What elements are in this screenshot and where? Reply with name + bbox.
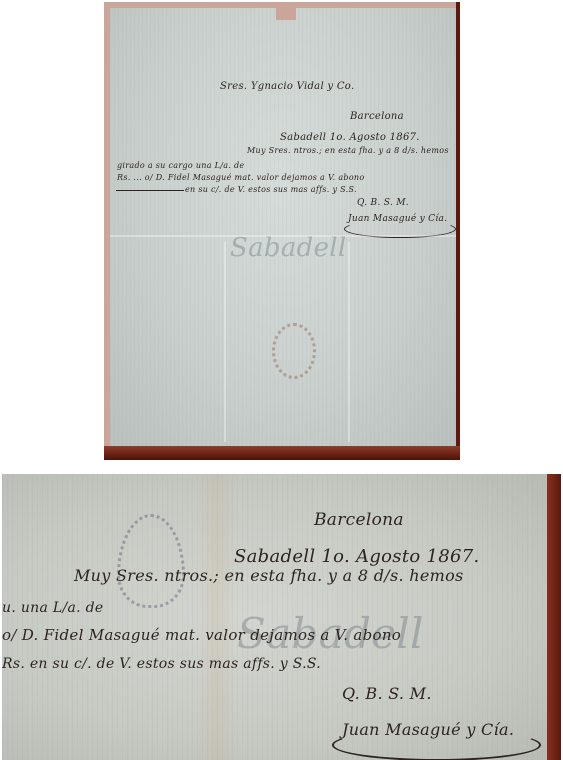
body-line: en su c/. de V. estos sus mas affs. y S.… (185, 185, 357, 194)
photo-letter-closeup: Sabadell Barcelona Sabadell 1o. Agosto 1… (2, 474, 561, 760)
body-line: Muy Sres. ntros.; en esta fha. y a 8 d/s… (247, 146, 449, 155)
body-line: Muy Sres. ntros.; en esta fha. y a 8 d/s… (74, 566, 464, 585)
frame-edge (456, 2, 460, 460)
closing-formula: Q. B. S. M. (342, 684, 432, 703)
destination-city: Barcelona (350, 111, 404, 122)
fold-line (110, 235, 456, 237)
watermark-text: Sabadell (230, 233, 347, 263)
addressee-line: Sres. Ygnacio Vidal y Co. (220, 81, 354, 92)
postal-stamp-mark (117, 514, 185, 608)
signature-flourish (332, 729, 541, 760)
album-edge (104, 446, 460, 460)
fold-line (348, 242, 350, 442)
body-line: u. una L/a. de (2, 600, 103, 616)
ruled-line (116, 190, 184, 191)
seal-stain (272, 323, 316, 379)
photo-full-letter: Sres. Ygnacio Vidal y Co. Barcelona Saba… (104, 2, 460, 460)
letter-paper: Sres. Ygnacio Vidal y Co. Barcelona Saba… (110, 8, 456, 448)
date-line: Sabadell 1o. Agosto 1867. (280, 132, 420, 143)
body-line: Rs. ... o/ D. Fidel Masagué mat. valor d… (117, 173, 365, 182)
date-line: Sabadell 1o. Agosto 1867. (234, 546, 480, 567)
body-line: Rs. en su c/. de V. estos sus mas affs. … (2, 656, 321, 672)
body-line: girado a su cargo una L/a. de (117, 161, 244, 170)
letter-paper: Sabadell Barcelona Sabadell 1o. Agosto 1… (2, 474, 547, 760)
age-stain (197, 474, 237, 760)
closing-formula: Q. B. S. M. (357, 198, 409, 208)
body-line: o/ D. Fidel Masagué mat. valor dejamos a… (2, 626, 401, 644)
destination-city: Barcelona (314, 510, 404, 530)
paper-notch (276, 2, 296, 20)
frame-edge (547, 474, 561, 760)
fold-line (224, 242, 226, 442)
